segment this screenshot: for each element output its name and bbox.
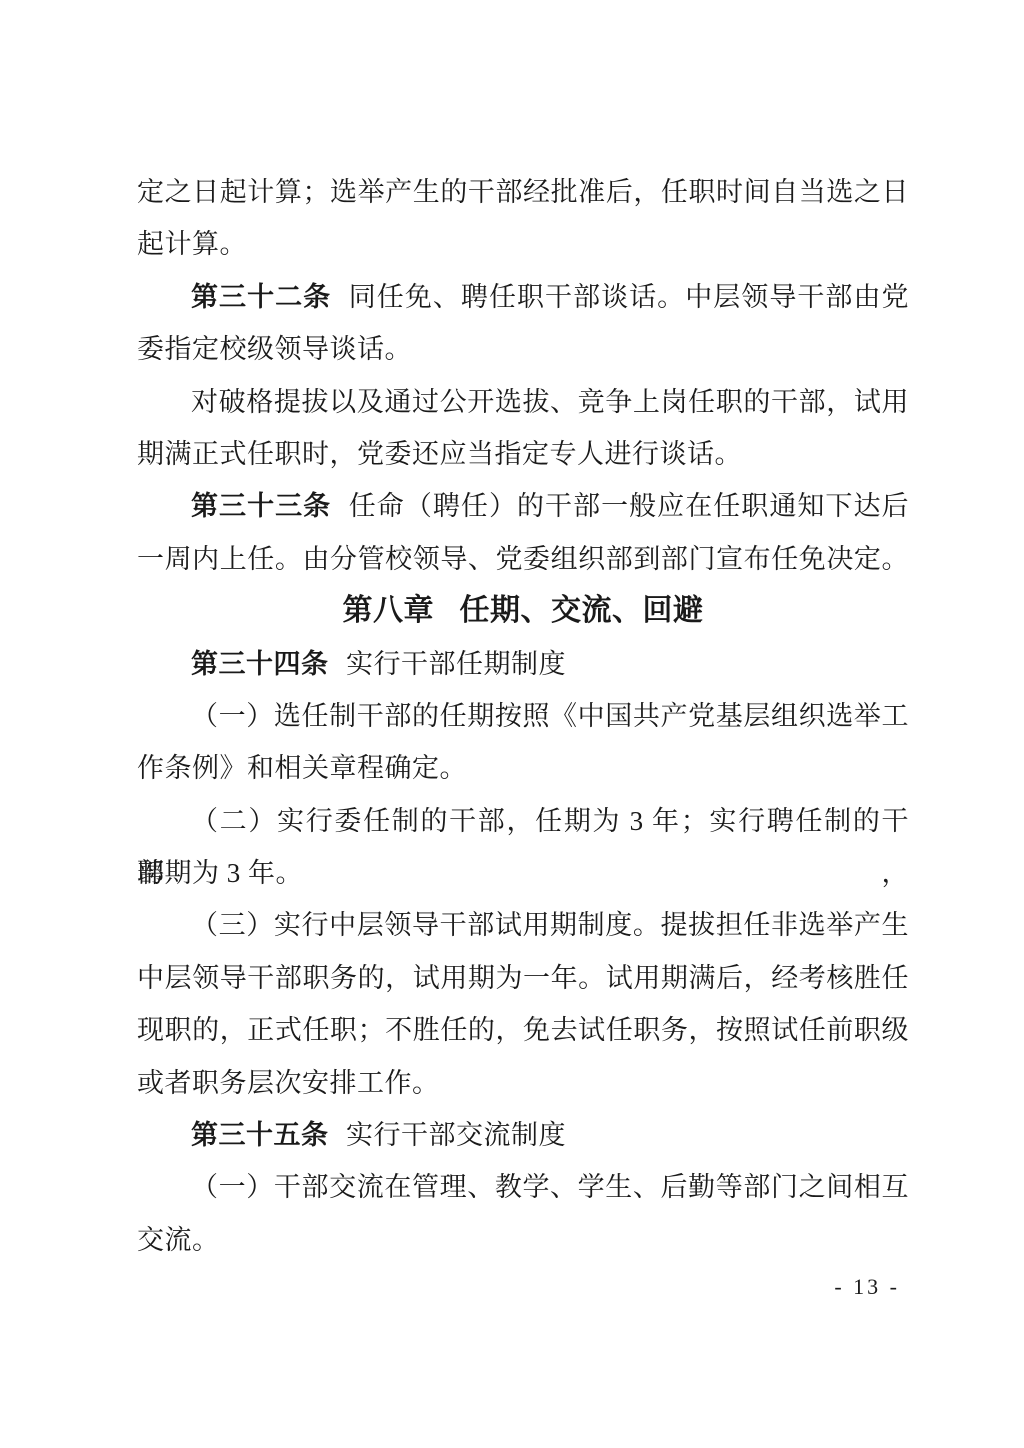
line-segment: 起计算。 xyxy=(137,229,247,259)
text-line: 定之日起计算；选举产生的干部经批准后，任职时间自当选之日 xyxy=(137,166,909,218)
document-page: 定之日起计算；选举产生的干部经批准后，任职时间自当选之日起计算。第三十二条同任免… xyxy=(0,0,1024,1448)
line-segment: （一）干部交流在管理、教学、学生、后勤等部门之间相互 xyxy=(191,1172,909,1202)
line-segment: 现职的，正式任职；不胜任的，免去试任职务，按照试任前职级 xyxy=(137,1015,909,1045)
article-number: 第三十四条 xyxy=(191,649,329,679)
text-line: 对破格提拔以及通过公开选拔、竞争上岗任职的干部，试用 xyxy=(137,376,909,428)
line-segment: 任命（聘任）的干部一般应在任职通知下达后 xyxy=(349,491,909,521)
line-segment: 一周内上任。由分管校领导、党委组织部到部门宣布任免决定。 xyxy=(137,544,909,574)
line-segment: 实行干部交流制度 xyxy=(346,1120,566,1150)
text-line: 第三十四条实行干部任期制度 xyxy=(137,638,909,690)
text-line: 第三十五条实行干部交流制度 xyxy=(137,1109,909,1161)
text-line: （一）干部交流在管理、教学、学生、后勤等部门之间相互 xyxy=(137,1161,909,1213)
line-segment: 委指定校级领导谈话。 xyxy=(137,334,412,364)
line-segment: 同任免、聘任职干部谈话。中层领导干部由党 xyxy=(349,282,909,312)
text-line: 第三十二条同任免、聘任职干部谈话。中层领导干部由党 xyxy=(137,271,909,323)
text-line: 现职的，正式任职；不胜任的，免去试任职务，按照试任前职级 xyxy=(137,1004,909,1056)
document-body: 定之日起计算；选举产生的干部经批准后，任职时间自当选之日起计算。第三十二条同任免… xyxy=(137,166,909,1266)
page-number: - 13 - xyxy=(834,1272,900,1302)
text-line: 期满正式任职时，党委还应当指定专人进行谈话。 xyxy=(137,428,909,480)
text-line: （三）实行中层领导干部试用期制度。提拔担任非选举产生 xyxy=(137,899,909,951)
text-line: 一周内上任。由分管校领导、党委组织部到部门宣布任免决定。 xyxy=(137,533,909,585)
line-segment: （三）实行中层领导干部试用期制度。提拔担任非选举产生 xyxy=(191,910,909,940)
line-segment: 聘期为 3 年。 xyxy=(137,858,303,888)
line-segment: 对破格提拔以及通过公开选拔、竞争上岗任职的干部，试用 xyxy=(191,387,909,417)
chapter-heading: 第八章任期、交流、回避 xyxy=(137,585,909,637)
text-line: 或者职务层次安排工作。 xyxy=(137,1057,909,1109)
text-line: 作条例》和相关章程确定。 xyxy=(137,742,909,794)
line-segment: 期满正式任职时，党委还应当指定专人进行谈话。 xyxy=(137,439,742,469)
text-line: 起计算。 xyxy=(137,218,909,270)
text-line: 交流。 xyxy=(137,1214,909,1266)
text-line: 委指定校级领导谈话。 xyxy=(137,323,909,375)
line-segment: （一）选任制干部的任期按照《中国共产党基层组织选举工 xyxy=(191,701,909,731)
text-line: （二）实行委任制的干部，任期为 3 年；实行聘任制的干部， xyxy=(137,795,909,847)
line-segment: 任期、交流、回避 xyxy=(460,594,704,627)
text-line: 中层领导干部职务的，试用期为一年。试用期满后，经考核胜任 xyxy=(137,952,909,1004)
line-segment: 交流。 xyxy=(137,1225,220,1255)
line-segment: 作条例》和相关章程确定。 xyxy=(137,753,467,783)
chapter-number: 第八章 xyxy=(343,594,435,627)
text-line: 第三十三条任命（聘任）的干部一般应在任职通知下达后 xyxy=(137,480,909,532)
line-segment: 实行干部任期制度 xyxy=(346,649,566,679)
line-segment: 中层领导干部职务的，试用期为一年。试用期满后，经考核胜任 xyxy=(137,963,909,993)
line-segment: 定之日起计算；选举产生的干部经批准后，任职时间自当选之日 xyxy=(137,177,909,207)
text-line: （一）选任制干部的任期按照《中国共产党基层组织选举工 xyxy=(137,690,909,742)
article-number: 第三十五条 xyxy=(191,1120,329,1150)
line-segment: 或者职务层次安排工作。 xyxy=(137,1068,440,1098)
article-number: 第三十三条 xyxy=(191,491,331,521)
article-number: 第三十二条 xyxy=(191,282,331,312)
